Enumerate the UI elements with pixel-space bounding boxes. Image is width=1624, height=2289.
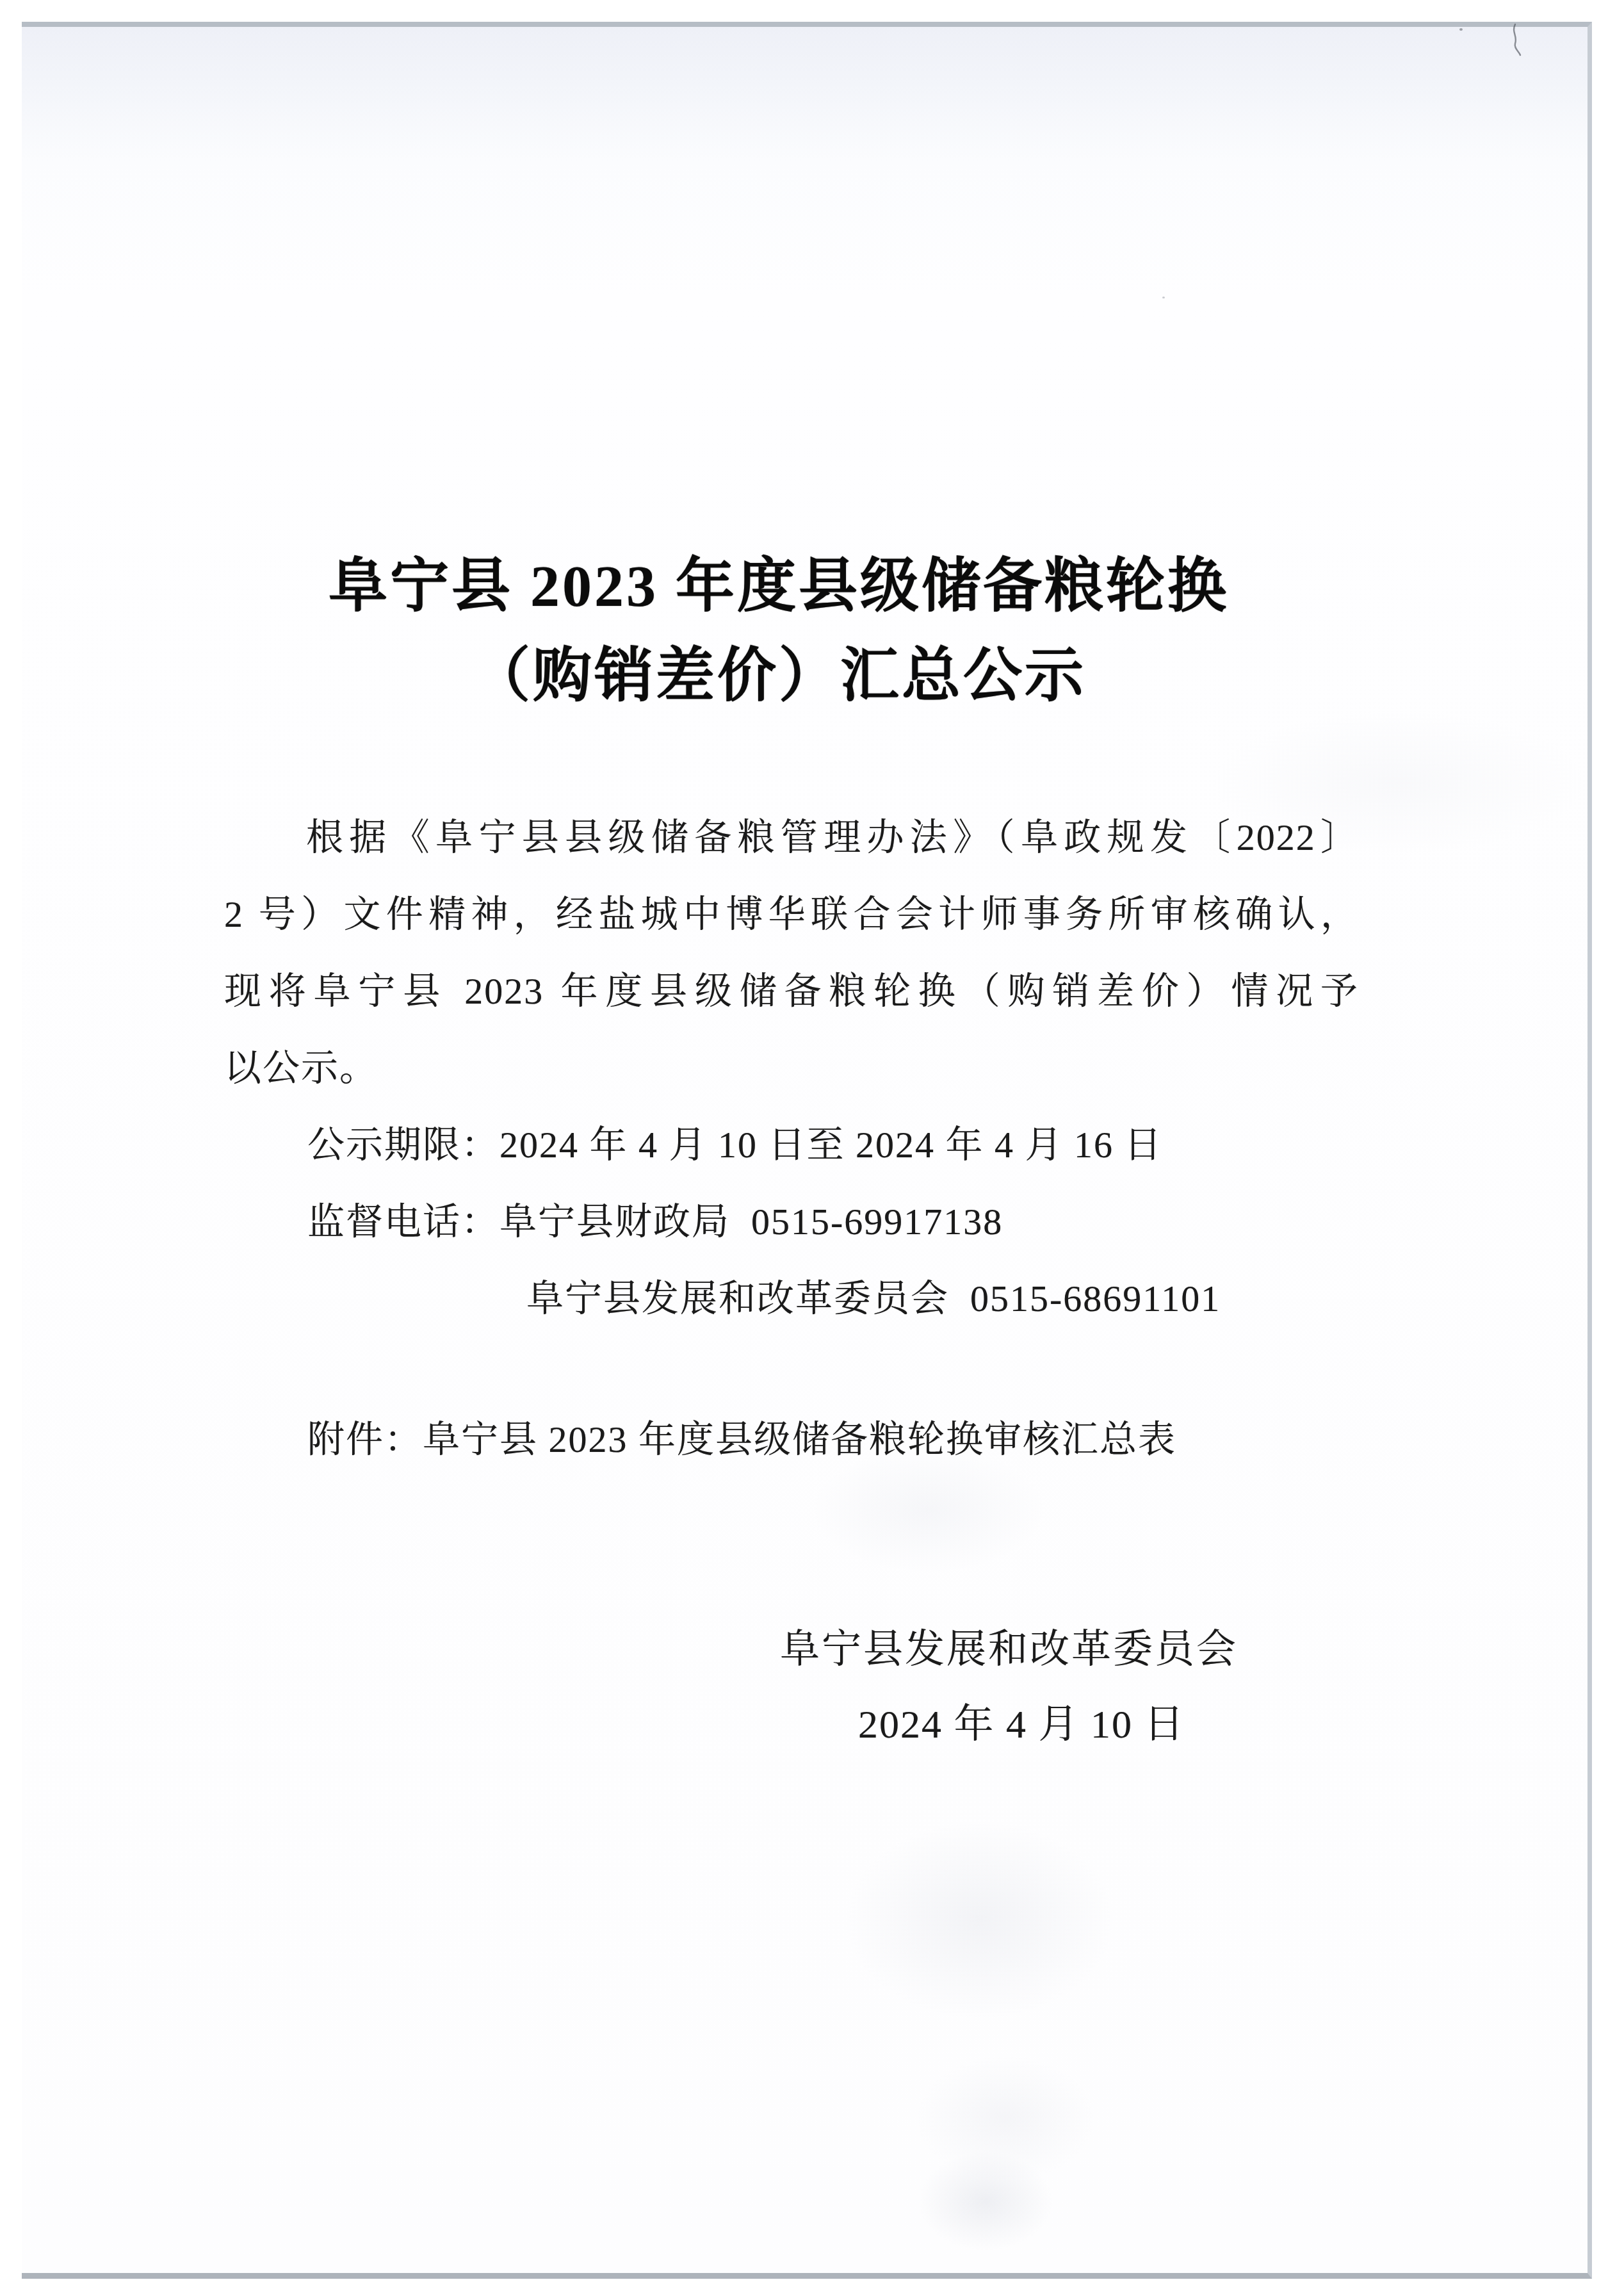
scan-hair-artifact: [1509, 23, 1525, 56]
signature-org: 阜宁县发展和改革委员会: [780, 1627, 1238, 1672]
scanned-notice-page: 阜宁县 2023 年度县级储备粮轮换 （购销差价）汇总公示 根据《阜宁县县级储备…: [0, 0, 1624, 2289]
paragraph-line-4: 以公示。: [224, 1046, 378, 1091]
attachment-line: 附件：阜宁县 2023 年度县级储备粮轮换审核汇总表: [307, 1417, 1176, 1462]
supervision-phone-line-2: 阜宁县发展和改革委员会 0515-68691101: [526, 1276, 1221, 1321]
scan-speck: [1459, 28, 1463, 31]
scan-speck: [1162, 297, 1165, 298]
signature-date: 2024 年 4 月 10 日: [858, 1702, 1185, 1747]
paragraph-line-2: 2 号）文件精神，经盐城中博华联合会计师事务所审核确认，: [224, 892, 1359, 937]
paragraph-line-3: 现将阜宁县 2023 年度县级储备粮轮换（购销差价）情况予: [224, 969, 1359, 1014]
supervision-phone-line-1: 监督电话：阜宁县财政局 0515-69917138: [307, 1200, 1003, 1244]
document-title-line2: （购销差价）汇总公示: [211, 631, 1346, 721]
document-title: 阜宁县 2023 年度县级储备粮轮换 （购销差价）汇总公示: [211, 541, 1346, 721]
document-title-line1: 阜宁县 2023 年度县级储备粮轮换: [211, 541, 1346, 631]
paragraph-line-1: 根据《阜宁县县级储备粮管理办法》（阜政规发〔2022〕: [224, 815, 1359, 860]
notice-period-line: 公示期限：2024 年 4 月 10 日至 2024 年 4 月 16 日: [307, 1123, 1163, 1168]
